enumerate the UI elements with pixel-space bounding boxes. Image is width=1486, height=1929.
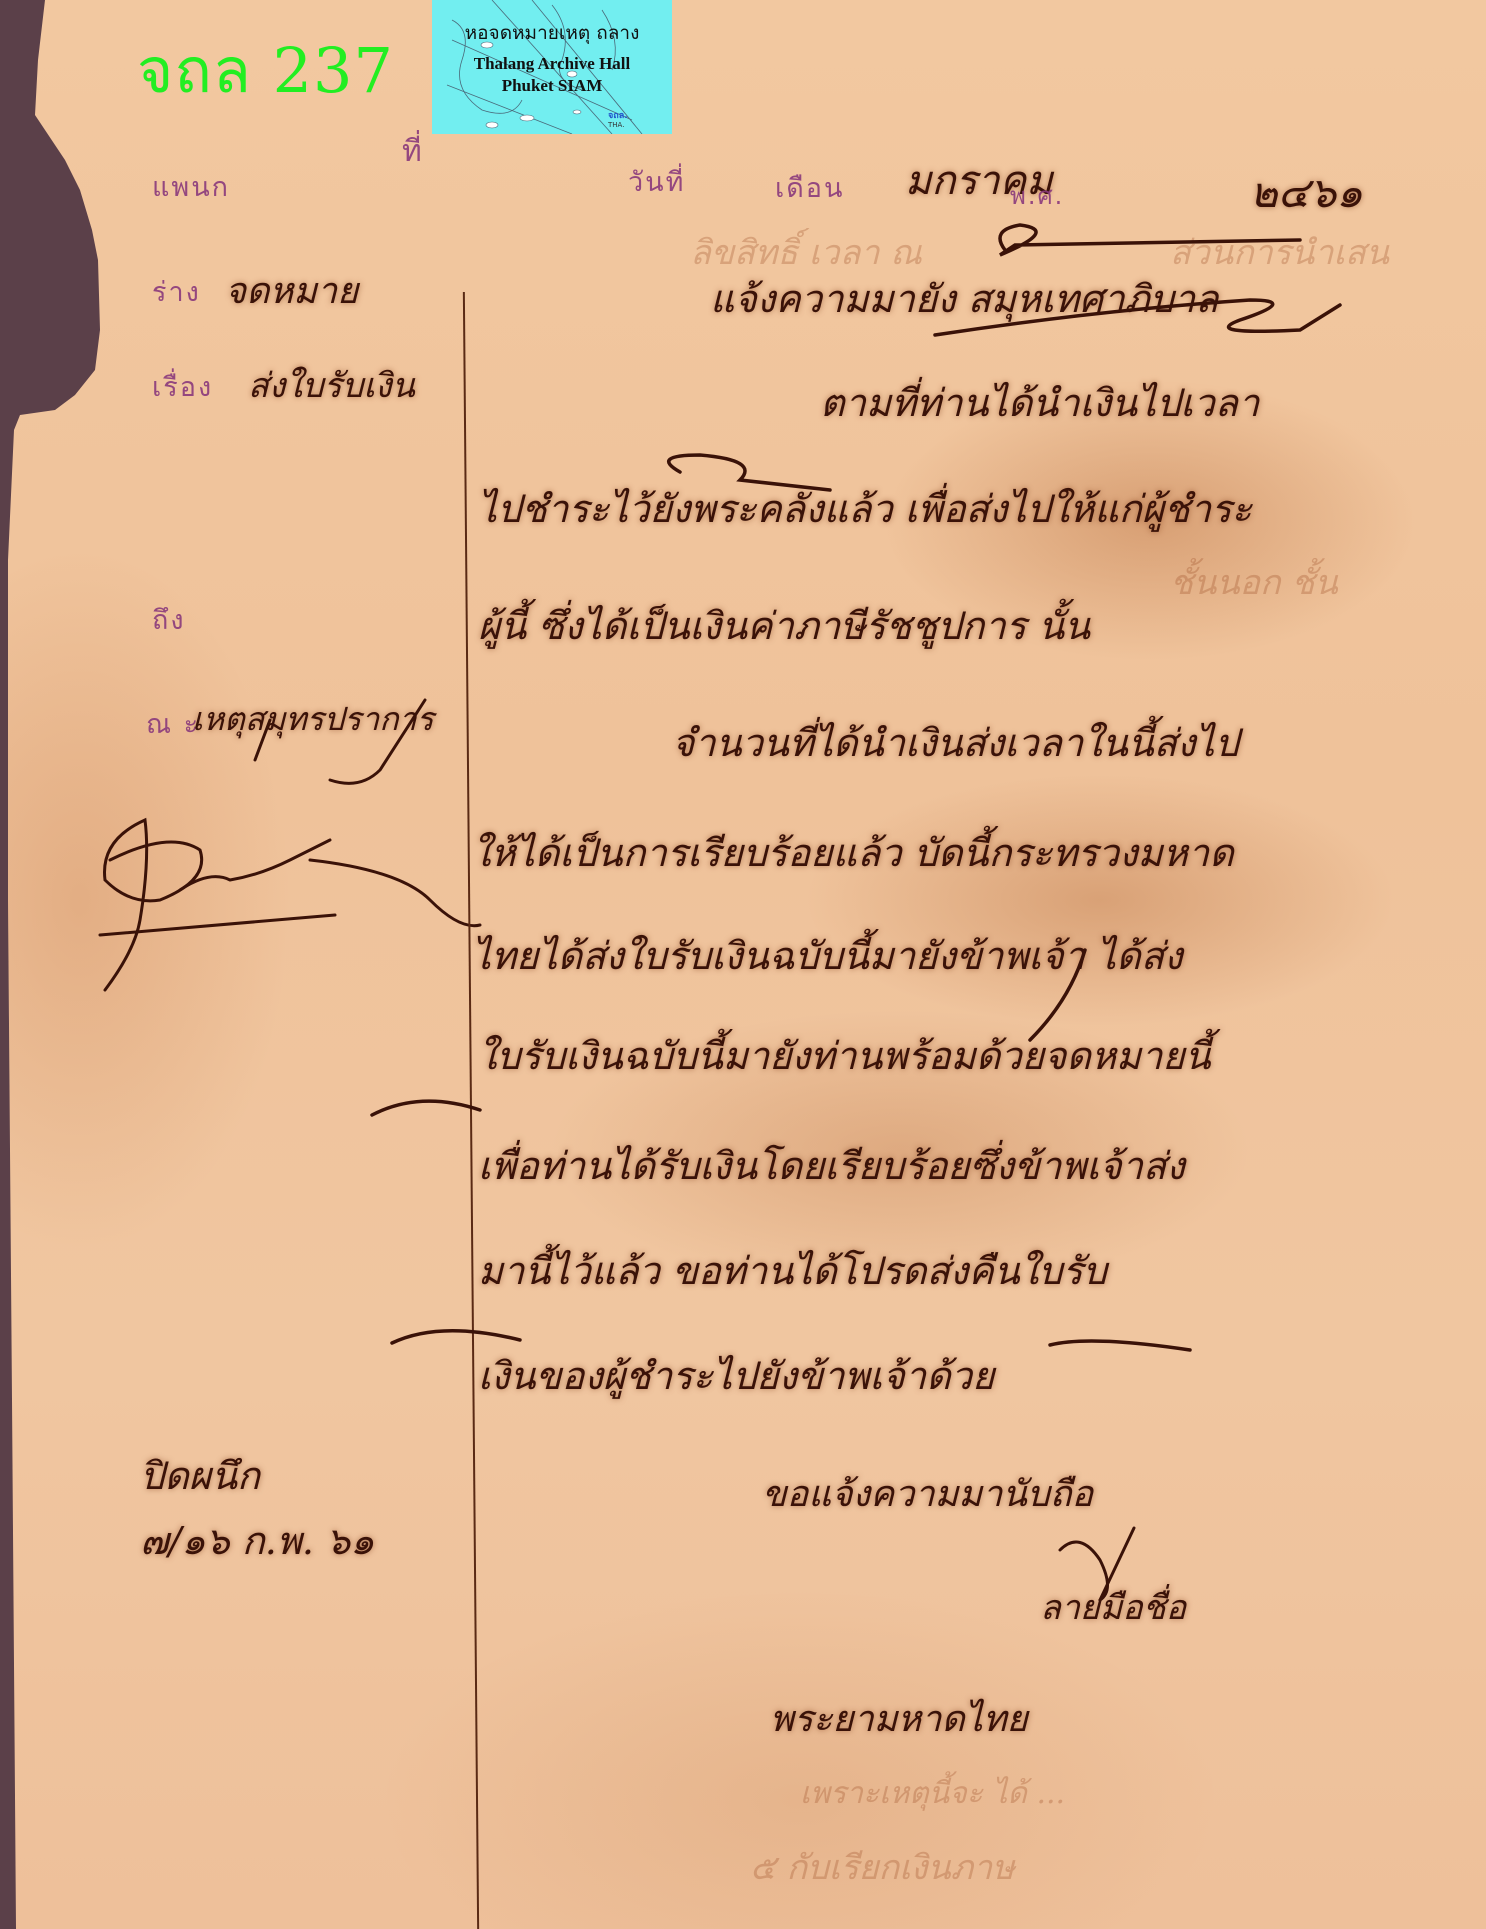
body-line-11: เงินของผู้ชำระไปยังข้าพเจ้าด้วย: [478, 1345, 994, 1406]
body-line-10: มานี้ไว้แล้ว ขอท่านได้โปรดส่งคืนใบรับ: [478, 1240, 1107, 1301]
body-line-3: ไปชำระไว้ยังพระคลังแล้ว เพื่อส่งไปให้แก่…: [478, 478, 1252, 539]
at-value: เหตุสมุทรปราการ: [192, 694, 434, 745]
signature-title: ลายมือชื่อ: [1040, 1580, 1186, 1634]
draft-value: จดหมาย: [225, 262, 358, 319]
year-label: พ.ศ.: [1010, 176, 1064, 215]
closing-line: ขอแจ้งความมานับถือ: [762, 1465, 1093, 1522]
to-label: ถึง: [152, 598, 186, 641]
body-line-9: เพื่อท่านได้รับเงินโดยเรียบร้อยซึ่งข้าพเ…: [478, 1135, 1185, 1196]
body-line-6: ให้ได้เป็นการเรียบร้อยแล้ว บัดนี้กระทรวง…: [472, 822, 1234, 883]
body-line-7: ไทยได้ส่งใบรับเงินฉบับนี้มายังข้าพเจ้า ไ…: [472, 925, 1183, 986]
number-label: ที่: [402, 128, 424, 175]
archive-location: Phuket SIAM: [432, 76, 672, 96]
body-line-8: ใบรับเงินฉบับนี้มายังท่านพร้อมด้วยจดหมาย…: [478, 1025, 1211, 1086]
signatory-name: พระยามหาดไทย: [770, 1690, 1028, 1747]
body-line-4: ผู้นี้ ซึ่งได้เป็นเงินค่าภาษีรัชชูปการ น…: [478, 595, 1090, 656]
archive-title-english: Thalang Archive Hall: [432, 54, 672, 74]
department-label: แพนก: [152, 165, 230, 208]
archive-code-en: THA.: [608, 122, 628, 130]
archive-stamp-box: หอจดหมายเหตุ ถลาง Thalang Archive Hall P…: [432, 0, 672, 134]
archive-code-th: จถล.: [608, 111, 628, 121]
body-line-2: ตามที่ท่านได้นำเงินไปเวลา: [820, 372, 1259, 433]
archive-reference-label: จถล 237: [137, 40, 394, 102]
archive-code: จถล. THA.: [608, 112, 628, 130]
archive-title-thai: หอจดหมายเหตุ ถลาง: [432, 18, 672, 48]
bleed-through-text: ชั้นนอก ชั้น: [1170, 555, 1338, 609]
draft-label: ร่าง: [152, 270, 201, 313]
bleed-through-text: ๕ กับเรียกเงินภาษ: [750, 1840, 1014, 1894]
year-value: ๒๔๖๑: [1250, 160, 1363, 226]
margin-note-line1: ปิดผนึก: [140, 1445, 260, 1506]
subject-value: ส่งใบรับเงิน: [248, 358, 415, 412]
bleed-through-text: เพราะเหตุนี้จะ ได้ ...: [800, 1770, 1065, 1817]
margin-note-line2: ๗/๑๖ ก.พ. ๖๑: [140, 1510, 374, 1571]
subject-label: เรื่อง: [152, 365, 213, 408]
body-line-5: จำนวนที่ได้นำเงินส่งเวลาในนี้ส่งไป: [672, 712, 1239, 773]
body-line-1: แจ้งความมายัง สมุหเทศาภิบาล: [710, 268, 1218, 329]
date-label: วันที่: [628, 160, 685, 203]
month-label: เดือน: [775, 166, 844, 209]
